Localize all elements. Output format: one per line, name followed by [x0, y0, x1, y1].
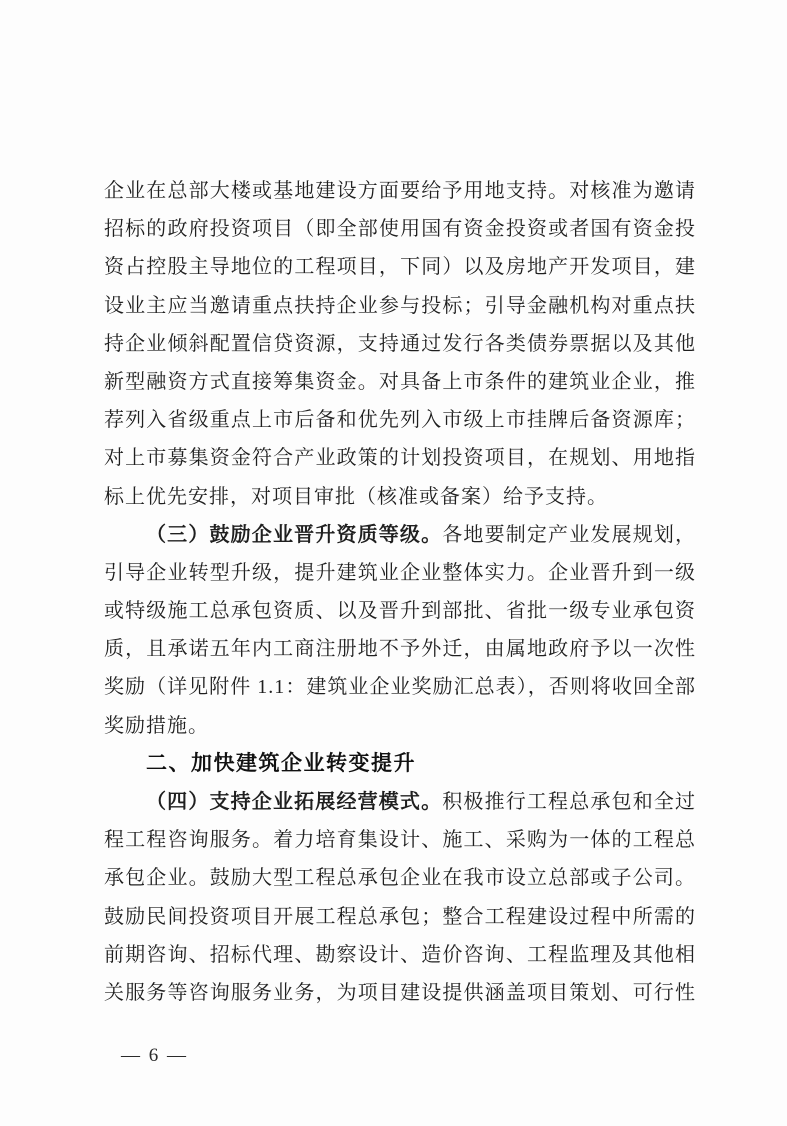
text-line: 奖励措施。 — [104, 707, 696, 745]
text-line: 引导企业转型升级，提升建筑业企业整体实力。企业晋升到一级 — [104, 554, 696, 592]
subsection-title: （四）支持企业拓展经营模式。 — [146, 791, 442, 813]
text-line: 对上市募集资金符合产业政策的计划投资项目，在规划、用地指 — [104, 439, 696, 477]
text-line: 或特级施工总承包资质、以及晋升到部批、省批一级专业承包资 — [104, 592, 696, 630]
text-line: （四）支持企业拓展经营模式。积极推行工程总承包和全过 — [104, 783, 696, 821]
text-line: 前期咨询、招标代理、勘察设计、造价咨询、工程监理及其他相 — [104, 936, 696, 974]
text-run: 积极推行工程总承包和全过 — [442, 791, 696, 813]
text-line: 新型融资方式直接筹集资金。对具备上市条件的建筑业企业，推 — [104, 363, 696, 401]
text-line: 质，且承诺五年内工商注册地不予外迁，由属地政府予以一次性 — [104, 630, 696, 668]
text-line: 招标的政府投资项目（即全部使用国有资金投资或者国有资金投 — [104, 210, 696, 248]
text-line: 荐列入省级重点上市后备和优先列入市级上市挂牌后备资源库； — [104, 401, 696, 439]
text-line: 持企业倾斜配置信贷资源，支持通过发行各类债券票据以及其他 — [104, 325, 696, 363]
text-line: 鼓励民间投资项目开展工程总承包；整合工程建设过程中所需的 — [104, 898, 696, 936]
body-text: 企业在总部大楼或基地建设方面要给予用地支持。对核准为邀请 招标的政府投资项目（即… — [104, 172, 696, 1012]
text-line: 设业主应当邀请重点扶持企业参与投标；引导金融机构对重点扶 — [104, 287, 696, 325]
page-number: — 6 — — [121, 1044, 188, 1068]
text-line: （三）鼓励企业晋升资质等级。各地要制定产业发展规划， — [104, 516, 696, 554]
text-line: 程工程咨询服务。着力培育集设计、施工、采购为一体的工程总 — [104, 821, 696, 859]
text-line: 资占控股主导地位的工程项目，下同）以及房地产开发项目，建 — [104, 248, 696, 286]
text-line: 奖励（详见附件 1.1：建筑业企业奖励汇总表），否则将收回全部 — [104, 668, 696, 706]
text-run: 各地要制定产业发展规划， — [442, 524, 696, 546]
subsection-title: （三）鼓励企业晋升资质等级。 — [146, 524, 442, 546]
text-line: 承包企业。鼓励大型工程总承包企业在我市设立总部或子公司。 — [104, 859, 696, 897]
text-line: 关服务等咨询服务业务，为项目建设提供涵盖项目策划、可行性 — [104, 974, 696, 1012]
section-heading: 二、加快建筑企业转变提升 — [104, 745, 696, 783]
text-line: 企业在总部大楼或基地建设方面要给予用地支持。对核准为邀请 — [104, 172, 696, 210]
text-line: 标上优先安排，对项目审批（核准或备案）给予支持。 — [104, 478, 696, 516]
document-page: 企业在总部大楼或基地建设方面要给予用地支持。对核准为邀请 招标的政府投资项目（即… — [0, 0, 787, 1126]
